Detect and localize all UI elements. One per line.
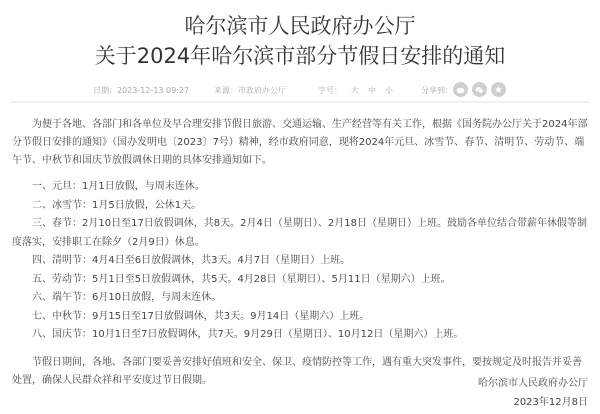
- holiday-item-ice-snow-festival: 二、冰雪节：1月5日放假，公休1天。: [12, 197, 588, 216]
- date-label: 日期：: [93, 86, 117, 95]
- article-body: 为便于各地、各部门和各单位及早合理安排节假日旅游、交通运输、生产经营等有关工作，…: [12, 116, 588, 390]
- document-header: 哈尔滨市人民政府办公厅 关于2024年哈尔滨市部分节假日安排的通知: [0, 0, 600, 71]
- header-divider: [10, 101, 590, 103]
- font-size-medium-button[interactable]: 中: [368, 86, 376, 95]
- holiday-item-spring-festival: 三、春节：2月10日至17日放假调休，共8天。2月4日（星期日）、2月18日（星…: [12, 215, 588, 252]
- font-size-large-button[interactable]: 大: [351, 86, 359, 95]
- font-size-label: 字号：: [318, 86, 342, 95]
- article-source: 来源：市政府办公厅: [214, 85, 286, 96]
- holiday-item-new-year: 一、元旦：1月1日放假，与周末连休。: [12, 178, 588, 197]
- holiday-item-mid-autumn: 七、中秋节：9月15日至17日放假调休，共3天。9月14日（星期六）上班。: [12, 308, 588, 327]
- publish-date: 日期：2023-12-13 09:27: [93, 85, 189, 96]
- font-size-small-button[interactable]: 小: [385, 86, 393, 95]
- signature-issuer: 哈尔滨市人民政府办公厅: [478, 374, 588, 393]
- holiday-item-qingming: 四、清明节：4月4日至6日放假调休，共3天。4月7日（星期日）上班。: [12, 252, 588, 271]
- source-label: 来源：: [214, 86, 238, 95]
- page-title: 关于2024年哈尔滨市部分节假日安排的通知: [0, 42, 600, 71]
- holiday-item-dragon-boat: 六、端午节：6月10日放假，与周末连休。: [12, 289, 588, 308]
- intro-paragraph: 为便于各地、各部门和各单位及早合理安排节假日旅游、交通运输、生产经营等有关工作，…: [12, 116, 588, 170]
- source-value: 市政府办公厅: [238, 86, 286, 95]
- signature-block: 哈尔滨市人民政府办公厅 2023年12月8日: [478, 374, 588, 412]
- wechat-icon[interactable]: [472, 82, 487, 97]
- article-meta-bar: 日期：2023-12-13 09:27 来源：市政府办公厅 字号：大中小 分享到…: [0, 82, 600, 98]
- font-size-selector: 字号：大中小: [318, 85, 393, 96]
- date-value: 2023-12-13 09:27: [117, 86, 189, 95]
- holiday-item-labor-day: 五、劳动节：5月1日至5日放假调休，共5天。4月28日（星期日）、5月11日（星…: [12, 271, 588, 290]
- holiday-item-national-day: 八、国庆节：10月1日至7日放假调休，共7天。9月29日（星期日）、10月12日…: [12, 326, 588, 345]
- signature-date: 2023年12月8日: [478, 393, 588, 412]
- favorite-icon[interactable]: [491, 82, 506, 97]
- weibo-icon[interactable]: [453, 82, 468, 97]
- share-label: 分享到：: [421, 85, 453, 96]
- share-buttons: [453, 82, 506, 97]
- page-title-issuer: 哈尔滨市人民政府办公厅: [0, 12, 600, 41]
